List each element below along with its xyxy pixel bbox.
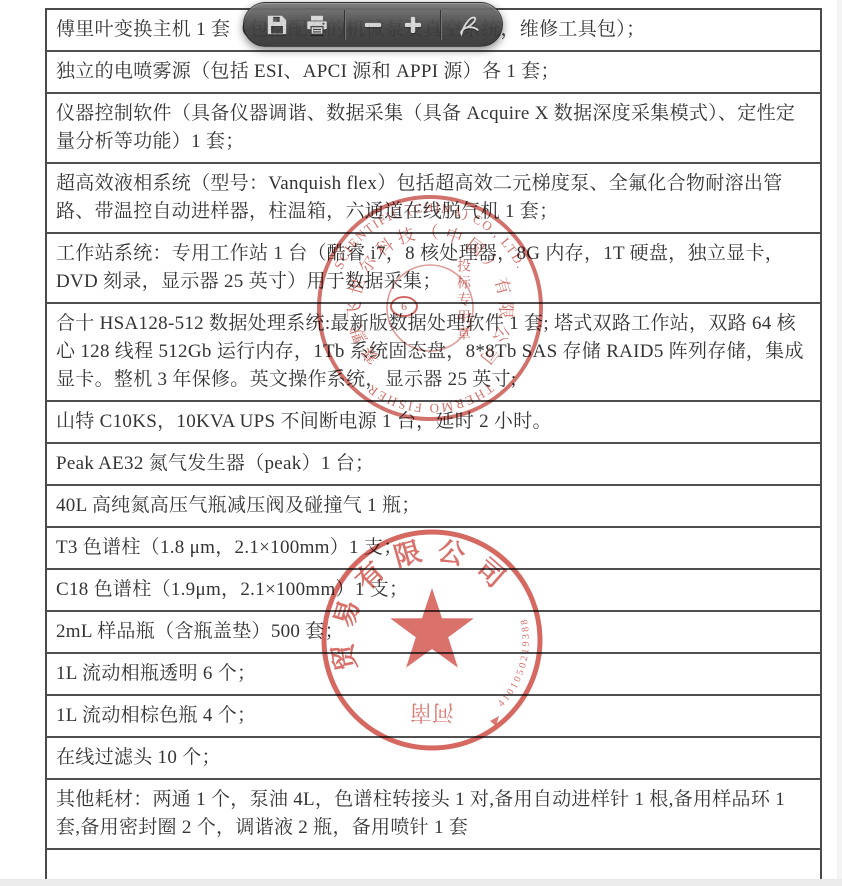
table-row: 独立的电喷雾源（包括 ESI、APCI 源和 APPI 源）各 1 套； — [47, 52, 820, 94]
table-row: Peak AE32 氮气发生器（peak）1 台； — [47, 444, 820, 486]
acrobat-icon — [456, 12, 482, 38]
agent-company-seal: 贸易有限公司 河南 4101050219388 — [312, 520, 552, 760]
acrobat-button[interactable] — [453, 9, 485, 41]
svg-text:赛默飞世尔科技（中国）有限公司: 赛默飞世尔科技（中国）有限公司 — [345, 223, 515, 367]
toolbar-separator — [440, 10, 442, 40]
save-button[interactable] — [261, 9, 293, 41]
print-icon — [304, 12, 330, 38]
seal-center-text: 投标专用章 — [452, 258, 472, 362]
star-icon — [390, 588, 474, 668]
zoom-in-icon — [400, 12, 426, 38]
page-edge — [0, 879, 842, 886]
table-row: 其他耗材：两通 1 个，泵油 4L，色谱柱转接头 1 对,备用自动进样针 1 根… — [47, 780, 820, 850]
cutoff-text-fragment — [87, 854, 207, 860]
toolbar-separator — [344, 10, 346, 40]
seal-number-badge: 6 — [390, 296, 418, 317]
zoom-out-icon — [360, 12, 386, 38]
table-row: 仪器控制软件（具备仪器调谐、数据采集（具备 Acquire X 数据深度采集模式… — [47, 94, 820, 164]
zoom-out-button[interactable] — [357, 9, 389, 41]
thermo-company-seal: SCIENTIFIC (CHINA) CO., LTD. THERMO FISH… — [310, 188, 550, 428]
page-edge — [837, 0, 842, 886]
seal-ring-text-bottom: 河南 — [410, 700, 454, 725]
zoom-in-button[interactable] — [397, 9, 429, 41]
print-button[interactable] — [301, 9, 333, 41]
seal-ring-text-cn: 赛默飞世尔科技（中国）有限公司 — [345, 223, 515, 367]
pdf-toolbar — [243, 2, 503, 47]
save-icon — [264, 12, 290, 38]
